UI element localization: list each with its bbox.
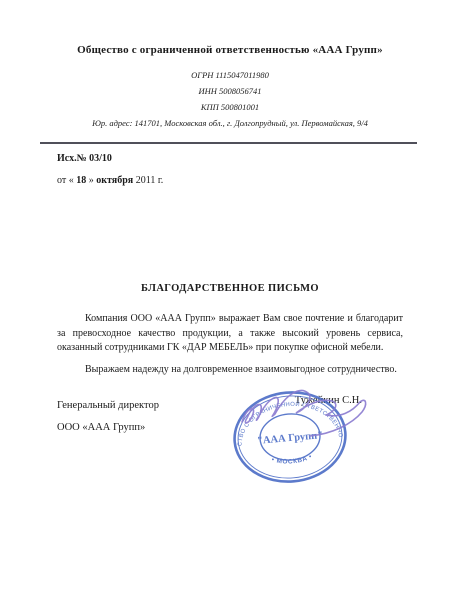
letter-page: Общество с ограниченной ответственностью… (0, 0, 450, 600)
signature-stroke-loops (242, 391, 336, 423)
outgoing-number-line: Исх.№ 03/10 (57, 152, 403, 165)
letter-title: БЛАГОДАРСТВЕННОЕ ПИСЬМО (57, 283, 403, 294)
letter-body: Общество с ограниченной ответственностью… (0, 0, 450, 439)
date-month: октября (96, 175, 133, 186)
signer-position: Генеральный директор ООО «ААА Групп» (57, 395, 159, 439)
date-line: от « 18 » октября 2011 г. (57, 174, 403, 187)
outgoing-number: 03/10 (89, 153, 112, 164)
kpp-line: КПП 500801001 (57, 99, 403, 115)
date-year: 2011 г. (136, 175, 164, 186)
legal-address-line: Юр. адрес: 141701, Московская обл., г. Д… (57, 115, 403, 131)
reference-block: Исх.№ 03/10 от « 18 » октября 2011 г. (57, 152, 403, 187)
company-requisites: ОГРН 1115047011980 ИНН 5008056741 КПП 50… (57, 67, 403, 131)
paragraph-hope: Выражаем надежду на долговременное взаим… (57, 363, 403, 378)
handwritten-signature (228, 378, 380, 478)
signature-stroke-flourish (310, 400, 366, 436)
position-line-2: ООО «ААА Групп» (57, 417, 159, 439)
position-line-1: Генеральный директор (57, 395, 159, 417)
paragraph-gratitude: Компания ООО «ААА Групп» выражает Вам св… (57, 312, 403, 356)
date-close-quote: » (89, 175, 94, 186)
header-divider (40, 142, 417, 144)
ogrn-line: ОГРН 1115047011980 (57, 67, 403, 83)
inn-line: ИНН 5008056741 (57, 83, 403, 99)
company-name-header: Общество с ограниченной ответственностью… (57, 0, 403, 56)
outgoing-prefix: Исх.№ (57, 153, 87, 164)
date-day: 18 (76, 175, 86, 186)
date-from: от « (57, 175, 74, 186)
